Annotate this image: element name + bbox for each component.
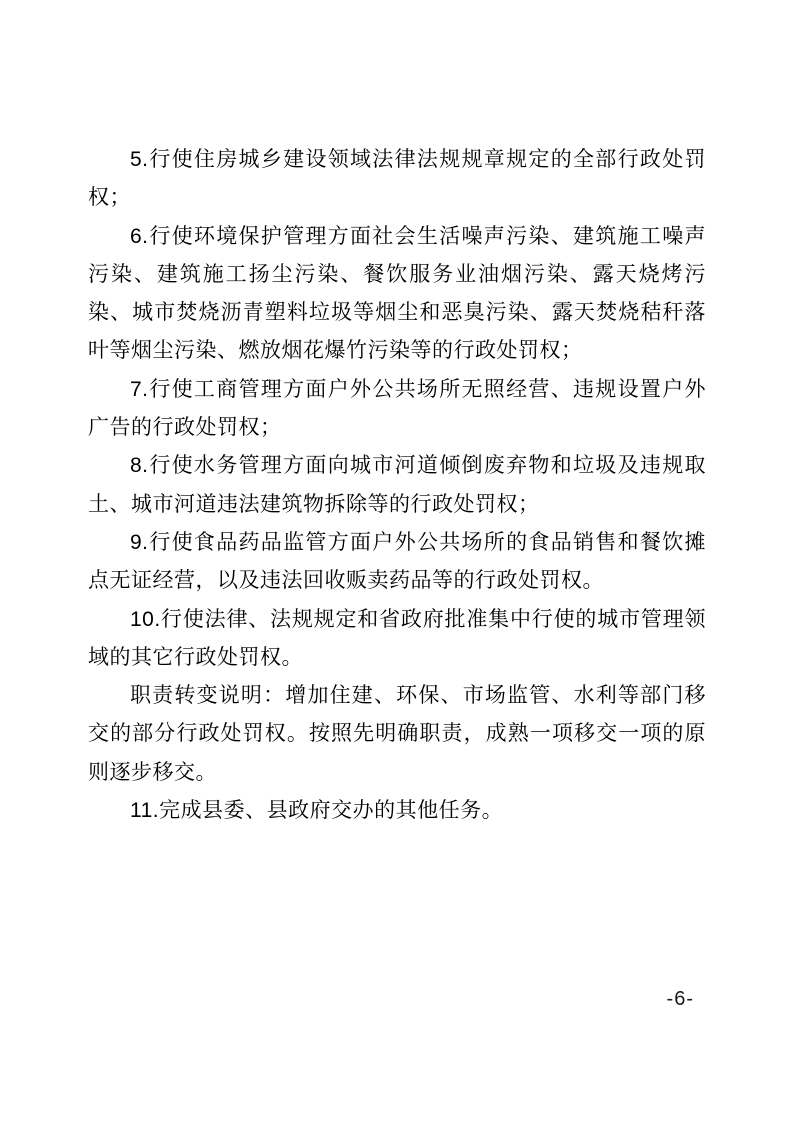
- page-number: -6-: [667, 988, 694, 1011]
- paragraph-item-8: 8.行使水务管理方面向城市河道倾倒废弃物和垃圾及违规取土、城市河道违法建筑物拆除…: [88, 447, 706, 524]
- paragraph-item-10: 10.行使法律、法规规定和省政府批准集中行使的城市管理领域的其它行政处罚权。: [88, 601, 706, 678]
- paragraph-item-11: 11.完成县委、县政府交办的其他任务。: [88, 792, 706, 830]
- document-body: 5.行使住房城乡建设领域法律法规规章规定的全部行政处罚权； 6.行使环境保护管理…: [88, 141, 706, 830]
- paragraph-item-7: 7.行使工商管理方面户外公共场所无照经营、违规设置户外广告的行政处罚权；: [88, 371, 706, 448]
- paragraph-duty-transfer-note: 职责转变说明：增加住建、环保、市场监管、水利等部门移交的部分行政处罚权。按照先明…: [88, 677, 706, 792]
- paragraph-item-5: 5.行使住房城乡建设领域法律法规规章规定的全部行政处罚权；: [88, 141, 706, 218]
- paragraph-item-9: 9.行使食品药品监管方面户外公共场所的食品销售和餐饮摊点无证经营，以及违法回收贩…: [88, 524, 706, 601]
- paragraph-item-6: 6.行使环境保护管理方面社会生活噪声污染、建筑施工噪声污染、建筑施工扬尘污染、餐…: [88, 218, 706, 371]
- document-page: 5.行使住房城乡建设领域法律法规规章规定的全部行政处罚权； 6.行使环境保护管理…: [0, 0, 794, 1122]
